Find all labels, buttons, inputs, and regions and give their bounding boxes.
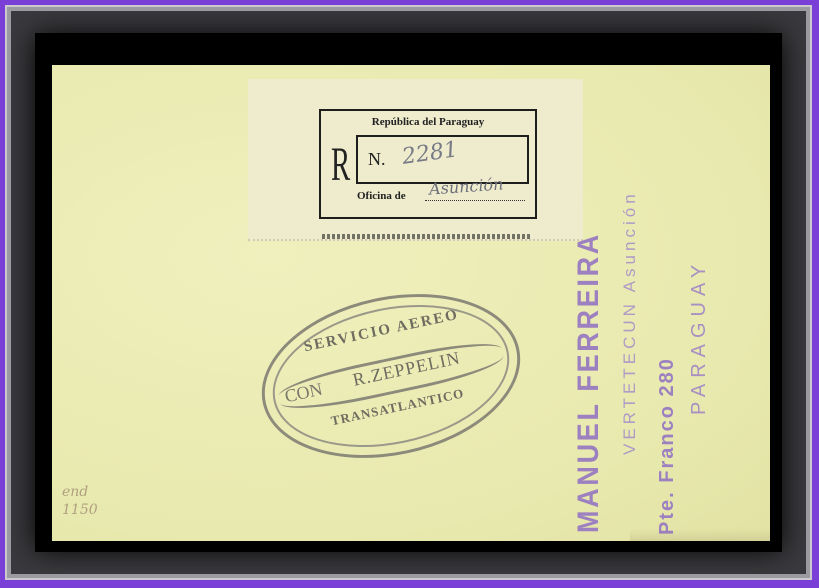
zeppelin-oval-cachet: SERVICIO AEREO CON R.ZEPPELIN TRANSATLAN… bbox=[246, 271, 535, 480]
office-label: Oficina de bbox=[357, 190, 406, 202]
sender-stamp-line2: VERTETECUN Asunción bbox=[620, 190, 640, 455]
pencil-note: end 1150 bbox=[62, 483, 98, 519]
registration-label: República del Paraguay R N. 2281 Oficina… bbox=[319, 109, 537, 219]
office-dotted-line bbox=[425, 200, 525, 201]
postal-card: República del Paraguay R N. 2281 Oficina… bbox=[52, 65, 770, 541]
office-value: Asunción bbox=[428, 174, 504, 198]
sender-stamp-country: PARAGUAY bbox=[688, 259, 711, 415]
pencil-note-line2: 1150 bbox=[62, 501, 98, 519]
registration-letter: R bbox=[331, 137, 350, 193]
registration-number-box: N. 2281 bbox=[356, 135, 529, 184]
pencil-note-line1: end bbox=[62, 483, 98, 501]
sender-stamp-address: Pte. Franco 280 bbox=[656, 357, 679, 535]
sender-stamp-name: MANUEL FERREIRA bbox=[572, 232, 606, 533]
label-perforation bbox=[322, 234, 532, 239]
registration-header: República del Paraguay bbox=[321, 116, 535, 128]
registration-number-value: 2281 bbox=[401, 137, 460, 170]
registration-number-prefix: N. bbox=[368, 149, 386, 170]
